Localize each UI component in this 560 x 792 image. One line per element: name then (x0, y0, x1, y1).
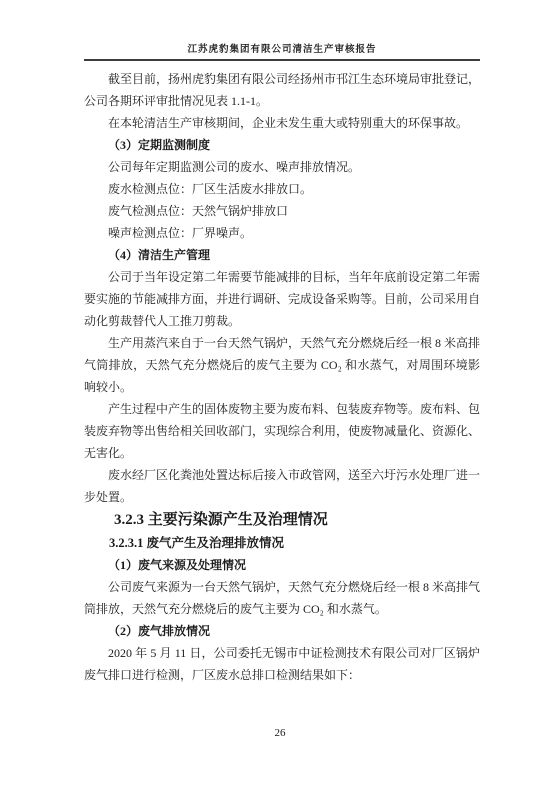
numbered-subheading: （3）定期监测制度 (84, 134, 480, 156)
numbered-subheading: （4）清洁生产管理 (84, 244, 480, 266)
page-number: 26 (0, 727, 560, 740)
paragraph: 废气检测点位：天然气锅炉排放口 (84, 200, 480, 222)
paragraph: 生产用蒸汽来自于一台天然气锅炉，天然气充分燃烧后经一根 8 米高排气筒排放，天然… (84, 332, 480, 398)
subsection-heading: 3.2.3.1 废气产生及治理排放情况 (84, 532, 480, 554)
page-header-title: 江苏虎豹集团有限公司清洁生产审核报告 (84, 0, 480, 61)
document-body: 截至目前，扬州虎豹集团有限公司经扬州市邗江生态环境局审批登记，公司各期环评审批情… (84, 68, 480, 686)
paragraph: 2020 年 5 月 11 日，公司委托无锡市中证检测技术有限公司对厂区锅炉废气… (84, 642, 480, 686)
page-content: 江苏虎豹集团有限公司清洁生产审核报告 截至目前，扬州虎豹集团有限公司经扬州市邗江… (84, 0, 480, 686)
paragraph: 截至目前，扬州虎豹集团有限公司经扬州市邗江生态环境局审批登记，公司各期环评审批情… (84, 68, 480, 112)
paragraph: 废水经厂区化粪池处置达标后接入市政管网，送至六圩污水处理厂进一步处置。 (84, 464, 480, 508)
paragraph: 废水检测点位：厂区生活废水排放口。 (84, 178, 480, 200)
numbered-subheading: （2）废气排放情况 (84, 620, 480, 642)
paragraph: 噪声检测点位：厂界噪声。 (84, 222, 480, 244)
paragraph: 公司每年定期监测公司的废水、噪声排放情况。 (84, 156, 480, 178)
paragraph: 公司废气来源为一台天然气锅炉，天然气充分燃烧后经一根 8 米高排气筒排放，天然气… (84, 576, 480, 620)
paragraph: 公司于当年设定第二年需要节能减排的目标，当年年底前设定第二年需要实施的节能减排方… (84, 266, 480, 332)
numbered-subheading: （1）废气来源及处理情况 (84, 554, 480, 576)
document-page: 江苏虎豹集团有限公司清洁生产审核报告 截至目前，扬州虎豹集团有限公司经扬州市邗江… (0, 0, 560, 792)
paragraph: 产生过程中产生的固体废物主要为废布料、包装废弃物等。废布料、包装废弃物等出售给相… (84, 398, 480, 464)
section-heading: 3.2.3 主要污染源产生及治理情况 (84, 508, 480, 532)
paragraph: 在本轮清洁生产审核期间，企业未发生重大或特别重大的环保事故。 (84, 112, 480, 134)
